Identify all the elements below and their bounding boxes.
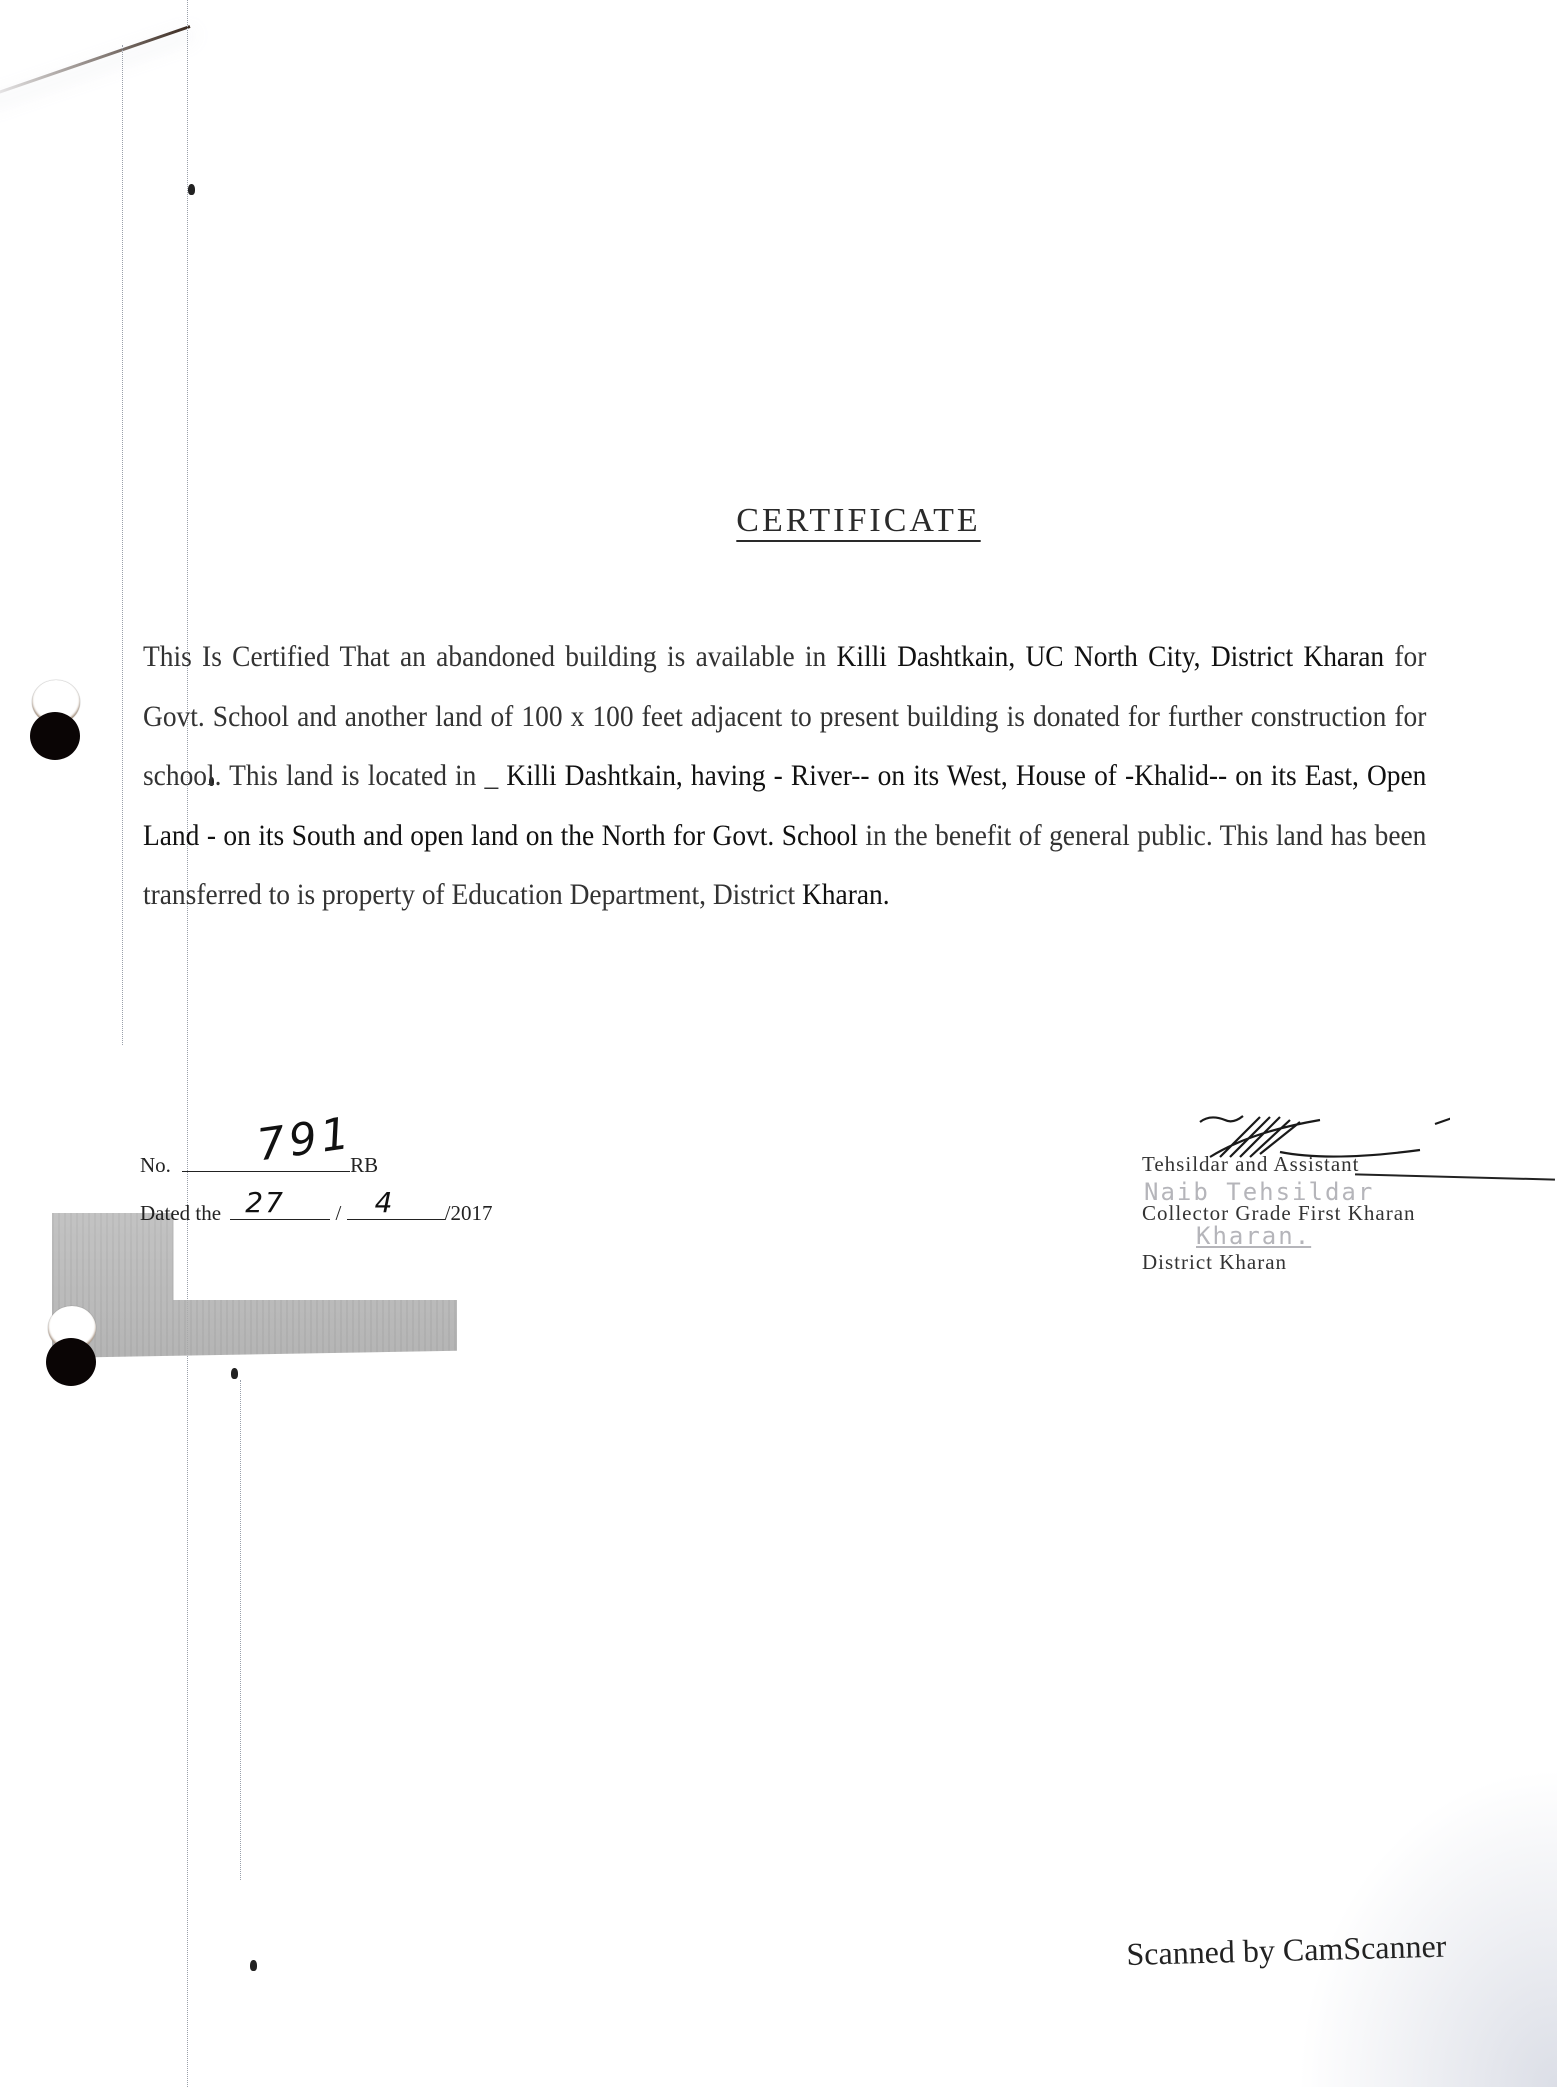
signatory-line-2: Collector Grade First Kharan bbox=[1142, 1201, 1416, 1226]
month-blank: 4 bbox=[347, 1219, 445, 1220]
scan-streak bbox=[187, 0, 188, 2087]
handwritten-month: 4 bbox=[375, 1186, 393, 1219]
day-blank: 27 bbox=[230, 1219, 330, 1220]
no-label: No. bbox=[140, 1153, 171, 1177]
title-text: CERTIFICATE bbox=[576, 502, 980, 539]
scanned-page: CERTIFICATE This Is Certified That an ab… bbox=[0, 0, 1557, 2087]
ink-speck bbox=[188, 184, 195, 195]
punch-hole bbox=[46, 1306, 98, 1396]
paper-fold-shadow bbox=[0, 25, 190, 99]
scan-shadow-patch bbox=[52, 1213, 457, 1358]
punch-hole bbox=[30, 680, 82, 770]
date-year: /2017 bbox=[445, 1201, 493, 1225]
signatory-block: Tehsildar and Assistant Collector Grade … bbox=[1142, 1152, 1416, 1275]
scan-streak bbox=[122, 45, 123, 1045]
body-text bbox=[1201, 641, 1211, 673]
reference-date: Dated the 27 / 4 /2017 bbox=[140, 1201, 492, 1226]
signatory-line-1: Tehsildar and Assistant bbox=[1142, 1152, 1416, 1177]
date-separator: / bbox=[336, 1201, 342, 1225]
dated-label: Dated the bbox=[140, 1201, 221, 1225]
ink-speck bbox=[250, 1960, 257, 1971]
certificate-title: CERTIFICATE bbox=[0, 502, 1557, 540]
scan-edge-shadow bbox=[1297, 1767, 1557, 2087]
body-emphasis: Killi Dashtkain, UC North City, bbox=[837, 641, 1201, 673]
body-emphasis: Kharan. bbox=[802, 879, 890, 911]
scan-streak bbox=[240, 1380, 241, 1880]
body-emphasis: District Kharan bbox=[1211, 641, 1384, 673]
handwritten-number: 791 bbox=[254, 1108, 356, 1172]
handwritten-day: 27 bbox=[245, 1186, 285, 1219]
certificate-body: This Is Certified That an abandoned buil… bbox=[143, 628, 1426, 926]
signatory-line-3: District Kharan bbox=[1142, 1250, 1416, 1275]
reference-number: No. 791 RB bbox=[140, 1153, 378, 1178]
number-blank: 791 bbox=[182, 1171, 350, 1172]
ink-speck bbox=[231, 1368, 238, 1379]
body-text: This Is Certified That an abandoned buil… bbox=[143, 641, 837, 673]
